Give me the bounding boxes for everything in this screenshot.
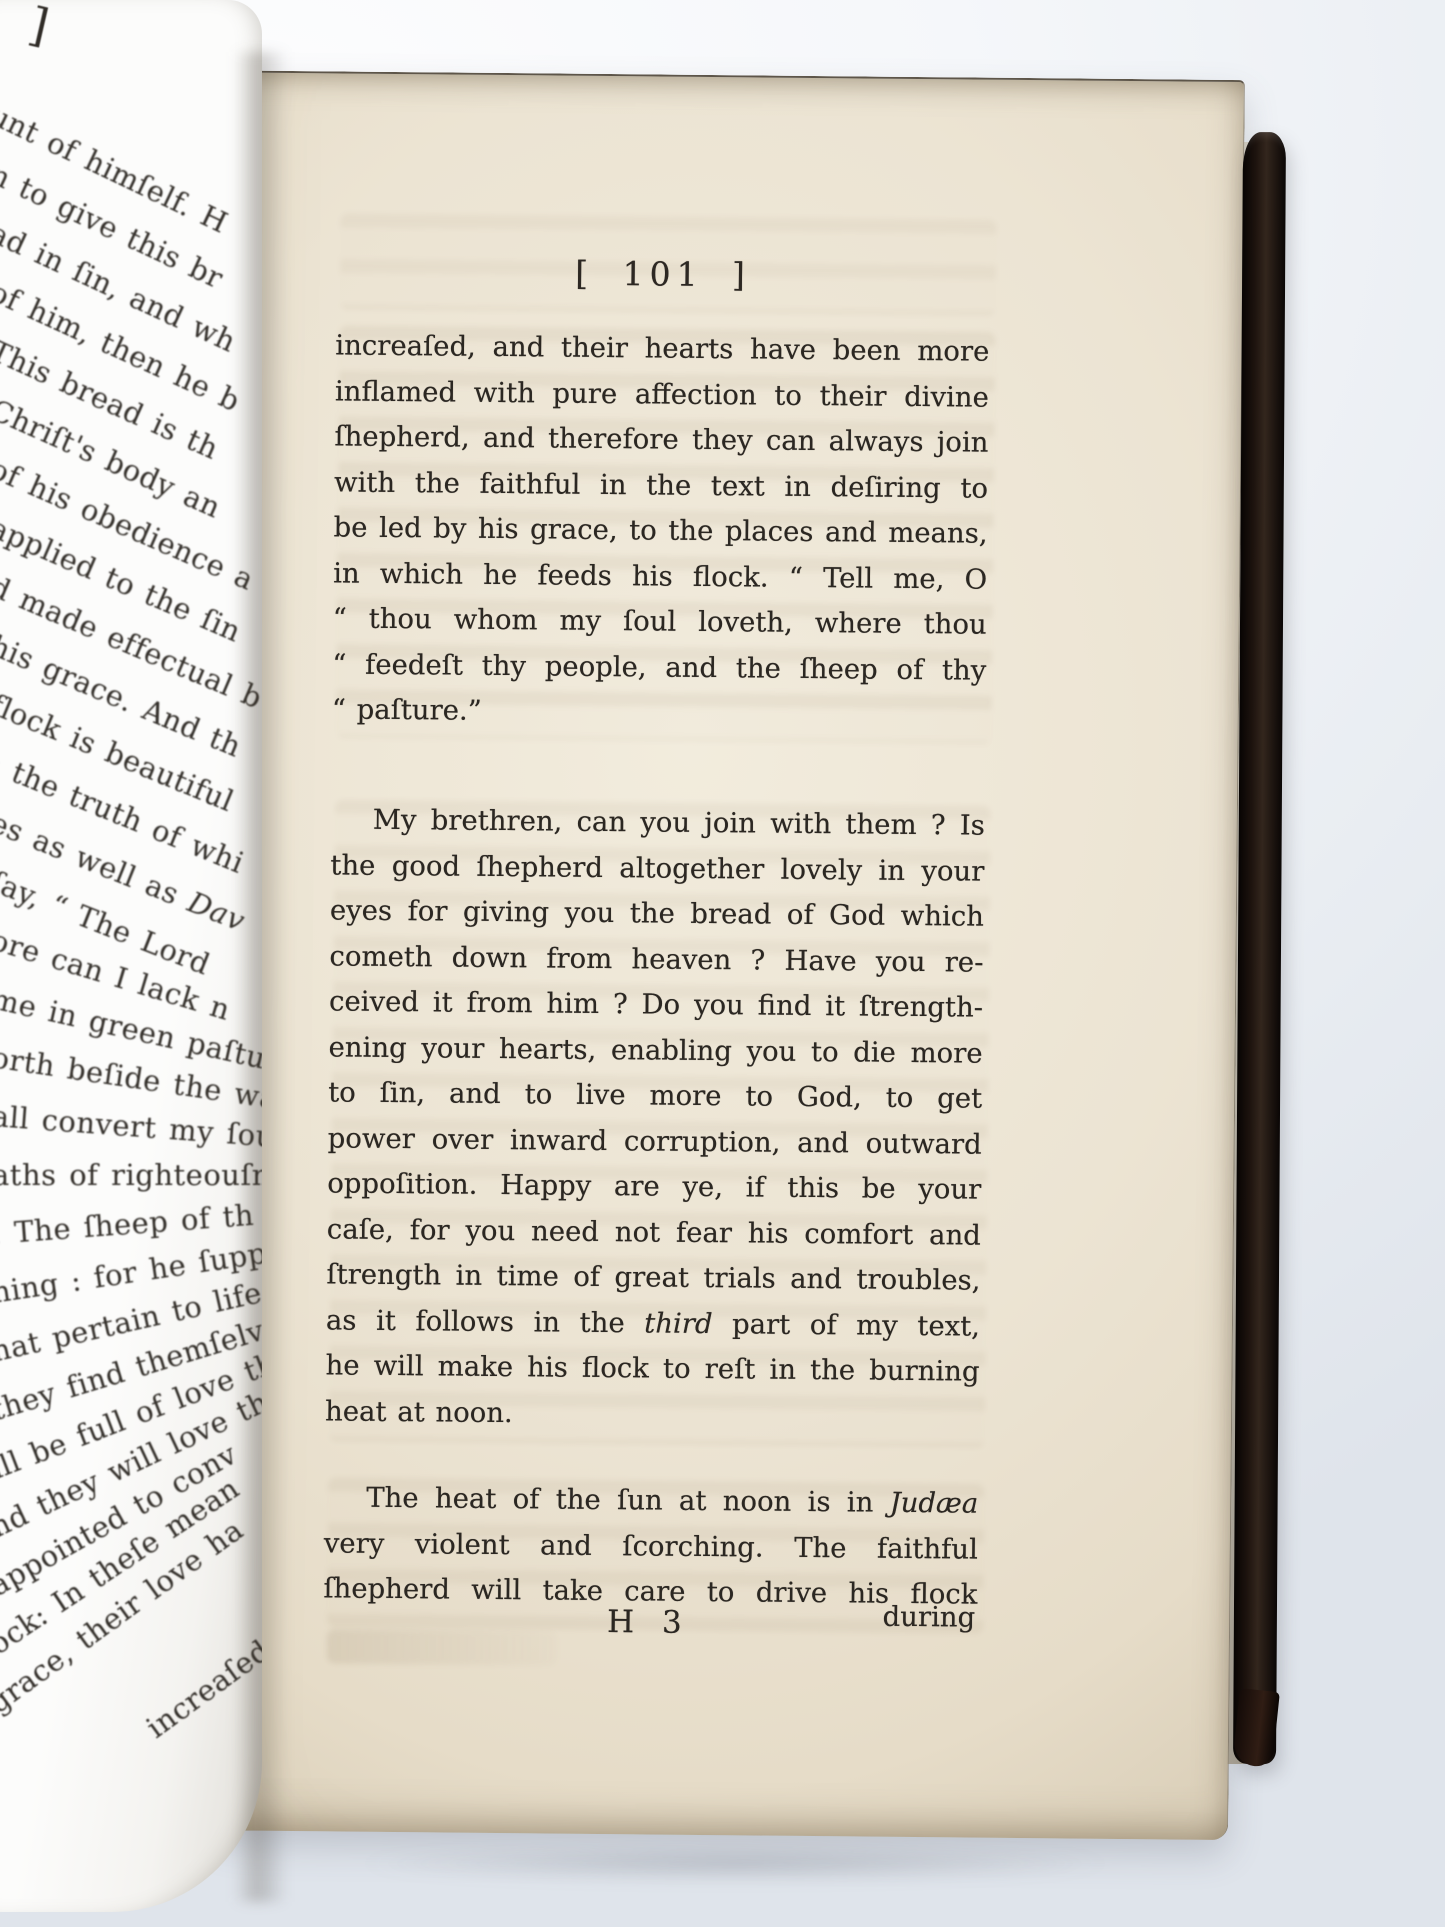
verso-header-bracket-right: ] [24,0,54,53]
page-number: [ 101 ] [336,251,990,309]
text: My brethren, can you join with them ? Is [373,804,985,842]
text: increaſed, and their hearts have been mo… [335,329,989,367]
text: ſtrength in time of great trials and tro… [326,1258,980,1296]
text-line: he will make his flock to reſt in the bu… [325,1343,979,1395]
book-photo: [ 101 ] increaſed, and their hearts have… [0,0,1445,1927]
text: “ thou whom my ſoul loveth, where thou [333,602,987,640]
text-line: increaſed. [140,1627,262,1745]
italic-text: third [644,1307,713,1340]
text: power over inward corruption, and outwar… [328,1122,982,1160]
text: increaſed. [140,1627,262,1745]
verso-header-bracket-left: [ [0,0,6,41]
text-line: cometh down from heaven ? Have you re- [329,934,983,986]
text: ening your hearts, enabling you to die m… [328,1031,982,1069]
text: ſhepherd, and therefore they can always … [334,420,988,458]
text-line: “ paſture.” [332,687,986,739]
text: to ſin, and to live more to God, to get [328,1076,982,1114]
text: oppoſition. Happy are ye, if this be you… [327,1167,981,1205]
page-footer: H 3 during [323,1601,978,1663]
text-line: “ feedeſt thy people, and the ſheep of t… [332,642,986,694]
text: he will make his flock to reſt in the bu… [325,1349,979,1387]
text-line: ſtrength in time of great trials and tro… [326,1252,980,1304]
text: cometh down from heaven ? Have you re- [329,940,983,978]
text-line: power over inward corruption, and outwar… [328,1116,982,1168]
text-line: heat at noon. [325,1389,979,1441]
text-line: with the faithful in the text in deſirin… [334,460,988,512]
text: in which he feeds his flock. “ Tell me, … [333,557,987,595]
text: the good ſhepherd altogether lovely in y… [330,849,984,887]
text: heat at noon. [325,1395,513,1429]
paragraph: increaſed, and their hearts have been mo… [332,323,990,739]
verso-page: [ ] unt of himſelf. Hn to give this brad… [0,0,262,1912]
text: “ feedeſt thy people, and the ſheep of t… [332,648,986,686]
text-line: eyes for giving you the bread of God whi… [330,888,984,940]
text-line: ceived it from him ? Do you find it ſtre… [329,979,983,1031]
text-line: My brethren, can you join with them ? Is [331,797,985,849]
text-line: inflamed with pure affection to their di… [335,369,989,421]
text: part of my text, [712,1308,980,1343]
paragraph: The heat of the ſun at noon is in Judæav… [323,1475,978,1618]
gathering-signature: H 3 [607,1604,691,1641]
text-line: the good ſhepherd altogether lovely in y… [330,843,984,895]
text: caſe, for you need not fear his comfort … [327,1213,981,1251]
text-line: aths of righteouſn [0,1158,262,1192]
catchword: during [882,1601,975,1634]
book-drop-shadow [230,1846,1240,1890]
text-line: in which he feeds his flock. “ Tell me, … [333,551,987,603]
text-line: ening your hearts, enabling you to die m… [328,1025,982,1077]
text: with the faithful in the text in deſirin… [334,466,988,504]
text: as it follows in the [326,1304,645,1339]
text: very violent and ſcorching. The faithful [324,1527,978,1565]
text-line: oppoſition. Happy are ye, if this be you… [327,1161,981,1213]
text-line: to ſin, and to live more to God, to get [328,1070,982,1122]
text-line: The heat of the ſun at noon is in Judæa [324,1475,978,1527]
text-line: ſhepherd, and therefore they can always … [334,414,988,466]
text: eyes for giving you the bread of God whi… [330,894,984,932]
text-line: be led by his grace, to the places and m… [333,505,987,557]
text-line: increaſed, and their hearts have been mo… [335,323,989,375]
text: aths of righteouſn [0,1158,262,1192]
text-line: caſe, for you need not fear his comfort … [327,1207,981,1259]
text: The heat of the ſun at noon is in [366,1482,890,1519]
text: be led by his grace, to the places and m… [333,511,987,549]
text-line: very violent and ſcorching. The faithful [324,1521,978,1573]
paragraph: My brethren, can you join with them ? Is… [325,797,985,1440]
text: inflamed with pure affection to their di… [335,375,989,413]
book-cover-edge [1233,132,1286,1764]
text-line: as it follows in the third part of my te… [326,1298,980,1350]
italic-text: Judæa [890,1487,979,1520]
text: ceived it from him ? Do you find it ſtre… [329,985,983,1023]
text: “ paſture.” [332,693,482,726]
recto-page: [ 101 ] increaſed, and their hearts have… [175,70,1245,1840]
text-line: “ thou whom my ſoul loveth, where thou [333,596,987,648]
italic-text: Dav [183,885,250,938]
